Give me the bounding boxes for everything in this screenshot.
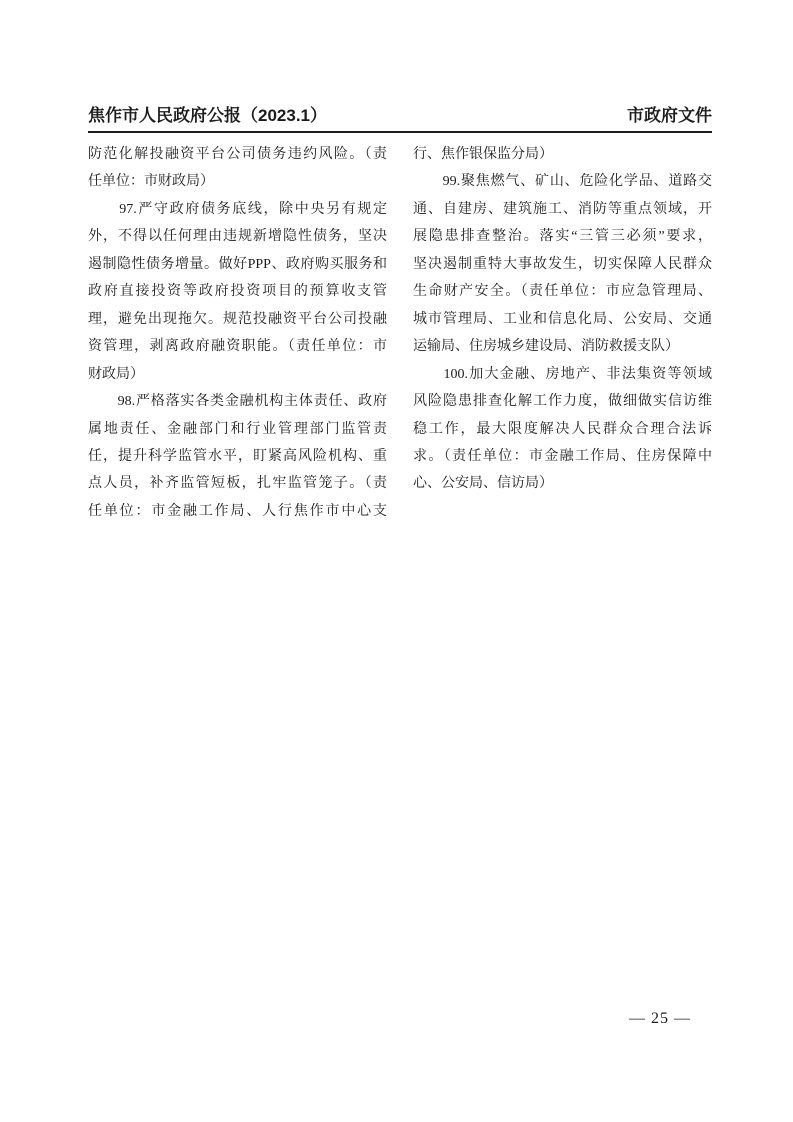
text-line: 任单位：市金融工作局、人行焦作市中心支 [88,498,387,525]
text-line: 99.聚焦燃气、矿山、危险化学品、道路交 [413,168,712,195]
text-line: 城市管理局、工业和信息化局、公安局、交通 [413,306,712,333]
document-body: 防范化解投融资平台公司债务违约风险。（责任单位：市财政局） 97.严守政府债务底… [88,141,712,525]
text-line: 行、焦作银保监分局） [413,141,712,168]
text-line: 展隐患排查整治。落实“三管三必须”要求， [413,223,712,250]
text-line: 理，避免出现拖欠。规范投融资平台公司投融 [88,306,387,333]
document-category-label: 市政府文件 [627,105,712,127]
text-line: 心、公安局、信访局） [413,470,712,497]
text-line: 防范化解投融资平台公司债务违约风险。（责 [88,141,387,168]
text-line: 任单位：市财政局） [88,168,387,195]
page-number: — 25 — [629,1008,691,1030]
text-line: 属地责任、金融部门和行业管理部门监管责 [88,416,387,443]
text-column-right: 行、焦作银保监分局） 99.聚焦燃气、矿山、危险化学品、道路交通、自建房、建筑施… [413,141,712,525]
text-line: 风险隐患排查化解工作力度，做细做实信访维 [413,388,712,415]
text-line: 坚决遏制重特大事故发生，切实保障人民群众 [413,251,712,278]
text-line: 稳工作，最大限度解决人民群众合理合法诉 [413,416,712,443]
text-line: 任，提升科学监管水平，盯紧高风险机构、重 [88,443,387,470]
gazette-title: 焦作市人民政府公报（2023.1） [88,105,327,127]
text-line: 运输局、住房城乡建设局、消防救援支队） [413,333,712,360]
header-divider [88,131,712,133]
text-line: 点人员，补齐监管短板，扎牢监管笼子。（责 [88,470,387,497]
text-line: 97.严守政府债务底线，除中央另有规定 [88,196,387,223]
text-line: 资管理，剥离政府融资职能。（责任单位：市 [88,333,387,360]
text-line: 财政局） [88,361,387,388]
text-line: 政府直接投资等政府投资项目的预算收支管 [88,278,387,305]
text-line: 通、自建房、建筑施工、消防等重点领域，开 [413,196,712,223]
page-header: 焦作市人民政府公报（2023.1） 市政府文件 [88,105,712,127]
text-column-left: 防范化解投融资平台公司债务违约风险。（责任单位：市财政局） 97.严守政府债务底… [88,141,387,525]
document-page: 焦作市人民政府公报（2023.1） 市政府文件 防范化解投融资平台公司债务违约风… [0,0,793,1122]
text-line: 外，不得以任何理由违规新增隐性债务，坚决 [88,223,387,250]
text-line: 98.严格落实各类金融机构主体责任、政府 [88,388,387,415]
text-line: 遏制隐性债务增量。做好PPP、政府购买服务和 [88,251,387,278]
text-line: 生命财产安全。（责任单位：市应急管理局、 [413,278,712,305]
text-line: 求。（责任单位：市金融工作局、住房保障中 [413,443,712,470]
text-line: 100.加大金融、房地产、非法集资等领域 [413,361,712,388]
